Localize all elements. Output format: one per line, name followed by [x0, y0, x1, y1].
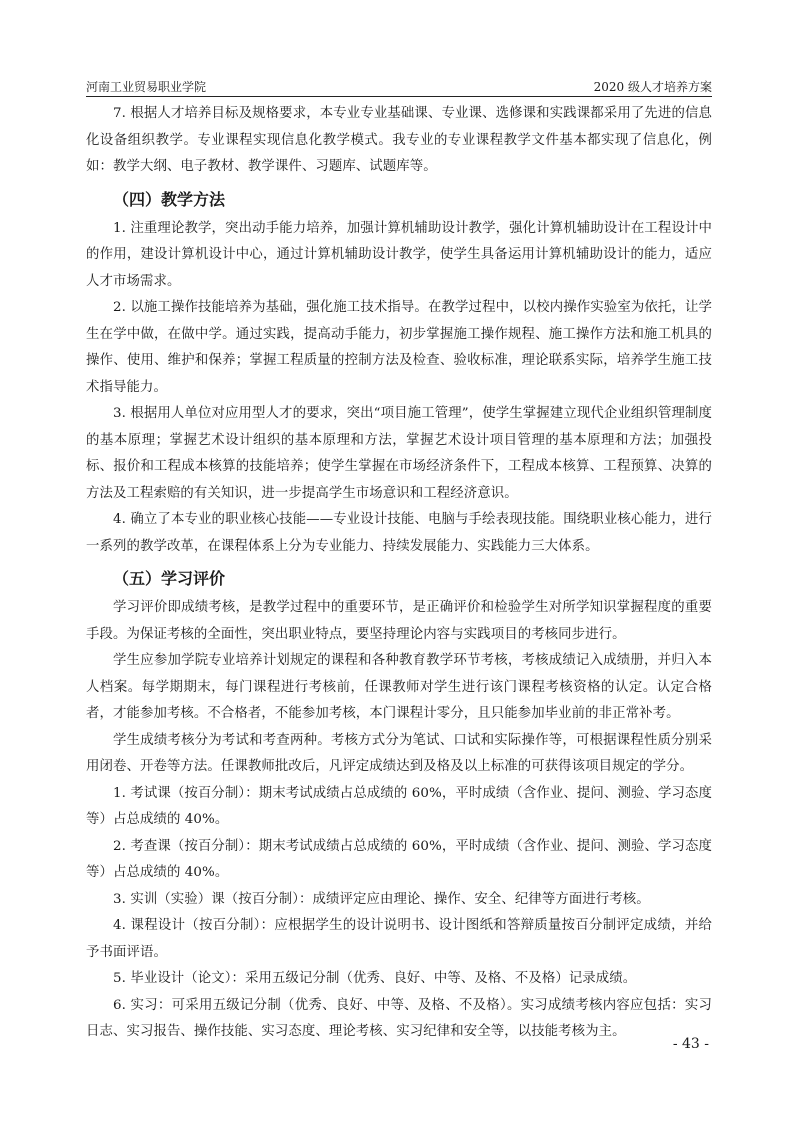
evaluation-rule-4: 4. 课程设计（按百分制）：应根据学生的设计说明书、设计图纸和答辩质量按百分制评…: [86, 913, 712, 966]
paragraph-item-7: 7. 根据人才培养目标及规格要求，本专业专业基础课、专业课、选修课和实践课都采用…: [86, 101, 712, 181]
evaluation-rule-2: 2. 考查课（按百分制）：期末考试成绩占总成绩的 60%，平时成绩（含作业、提问…: [86, 834, 712, 887]
evaluation-rule-3: 3. 实训（实验）课（按百分制）：成绩评定应由理论、操作、安全、纪律等方面进行考…: [86, 887, 712, 914]
evaluation-eligibility: 学生应参加学院专业培养计划规定的课程和各种教育教学环节考核，考核成绩记入成绩册，…: [86, 648, 712, 728]
evaluation-rule-6: 6. 实习：可采用五级记分制（优秀、良好、中等、及格、不及格）。实习成绩考核内容…: [86, 993, 712, 1046]
section-heading-learning-evaluation: （五）学习评价: [86, 565, 712, 593]
teaching-method-1: 1. 注重理论教学，突出动手能力培养，加强计算机辅助设计教学，强化计算机辅助设计…: [86, 216, 712, 296]
teaching-method-3: 3. 根据用人单位对应用型人才的要求，突出“项目施工管理”，使学生掌握建立现代企…: [86, 401, 712, 507]
evaluation-methods: 学生成绩考核分为考试和考查两种。考核方式分为笔试、口试和实际操作等，可根据课程性…: [86, 728, 712, 781]
header-institution: 河南工业贸易职业学院: [86, 78, 206, 95]
evaluation-intro: 学习评价即成绩考核，是教学过程中的重要环节，是正确评价和检验学生对所学知识掌握程…: [86, 595, 712, 648]
teaching-method-4: 4. 确立了本专业的职业核心技能——专业设计技能、电脑与手绘表现技能。围绕职业核…: [86, 507, 712, 560]
teaching-method-2: 2. 以施工操作技能培养为基础，强化施工技术指导。在教学过程中，以校内操作实验室…: [86, 295, 712, 401]
evaluation-rule-5: 5. 毕业设计（论文）：采用五级记分制（优秀、良好、中等、及格、不及格）记录成绩…: [86, 966, 712, 993]
page-body: 7. 根据人才培养目标及规格要求，本专业专业基础课、专业课、选修课和实践课都采用…: [86, 101, 712, 1046]
page-number: - 43 -: [673, 1036, 709, 1052]
header-document-title: 2020 级人才培养方案: [594, 78, 712, 95]
page-header: 河南工业贸易职业学院 2020 级人才培养方案: [86, 76, 712, 97]
evaluation-rule-1: 1. 考试课（按百分制）：期末考试成绩占总成绩的 60%，平时成绩（含作业、提问…: [86, 781, 712, 834]
section-heading-teaching-methods: （四）教学方法: [86, 186, 712, 214]
